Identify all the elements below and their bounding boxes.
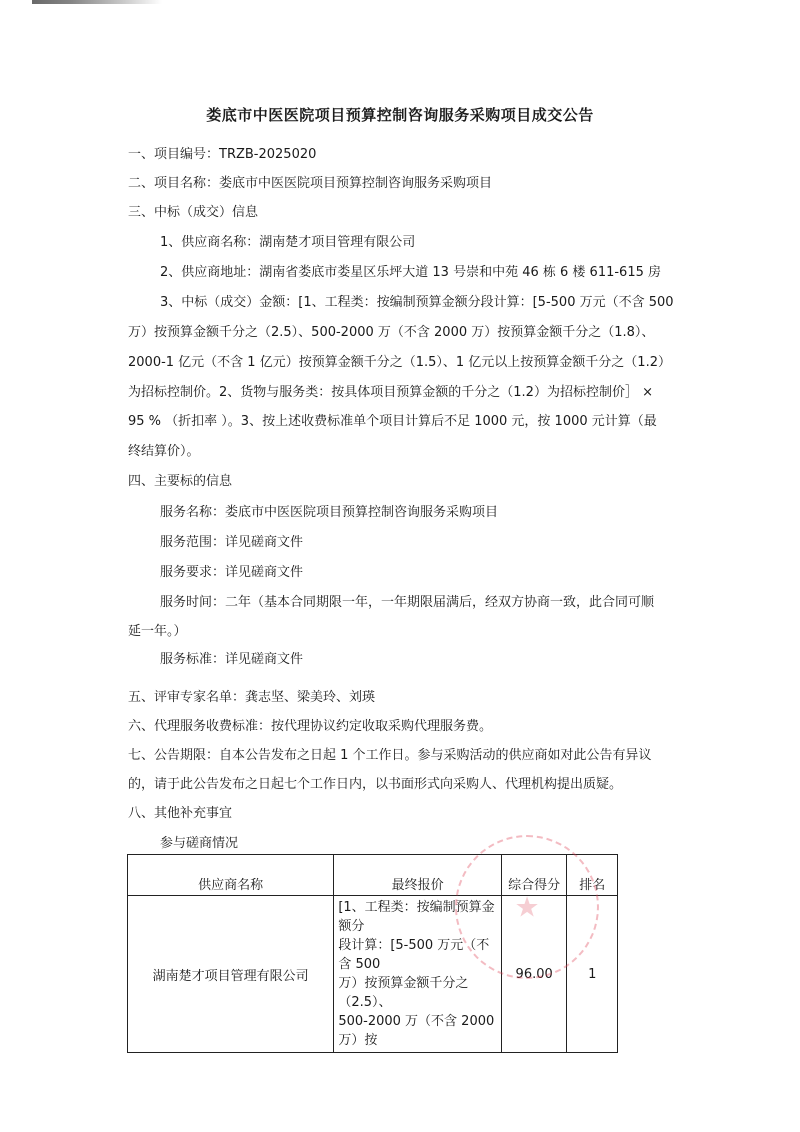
table-caption: 参与磋商情况 [160, 836, 238, 852]
cell-final-price: [1、工程类：按编制预算金额分 段计算：[5-500 万元（不含 500 万）按… [334, 896, 502, 1053]
header-rank: 排名 [567, 855, 618, 896]
service-time-line-2: 延一年。） [128, 624, 187, 640]
section-3-heading: 三、中标（成交）信息 [128, 205, 258, 221]
cell-score: 96.00 [501, 896, 567, 1053]
notice-period-line-2: 的，请于此公告发布之日起七个工作日内，以书面形式向采购人、代理机构提出质疑。 [128, 777, 622, 793]
amount-line-6: 终结算价）。 [128, 444, 200, 460]
agency-fee-standard: 六、代理服务收费标准：按代理协议约定收取采购代理服务费。 [128, 719, 492, 735]
service-scope: 服务范围：详见磋商文件 [160, 535, 303, 551]
service-time-line-1: 服务时间：二年（基本合同期限一年，一年期限届满后，经双方协商一致，此合同可顺 [160, 595, 654, 611]
amount-line-2: 万）按预算金额千分之（2.5）、500-2000 万（不含 2000 万）按预算… [128, 325, 654, 341]
notice-period-line-1: 七、公告期限：自本公告发布之日起 1 个工作日。参与采购活动的供应商如对此公告有… [128, 748, 652, 764]
project-number: 一、项目编号：TRZB-2025020 [128, 147, 316, 163]
project-name: 二、项目名称：娄底市中医医院项目预算控制咨询服务采购项目 [128, 176, 492, 192]
section-4-heading: 四、主要标的信息 [128, 474, 232, 490]
section-8-heading: 八、其他补充事宜 [128, 806, 232, 822]
scan-edge-artifact [32, 0, 162, 4]
amount-line-4: 为招标控制价。2、货物与服务类：按具体项目预算金额的千分之（1.2）为招标控制价… [128, 385, 653, 401]
table-row: 湖南楚才项目管理有限公司 [1、工程类：按编制预算金额分 段计算：[5-500 … [128, 896, 618, 1053]
cell-supplier: 湖南楚才项目管理有限公司 [128, 896, 334, 1053]
document-title: 娄底市中医医院项目预算控制咨询服务采购项目成交公告 [0, 104, 800, 125]
amount-line-5: 95 % （折扣率 ）。3、按上述收费标准单个项目计算后不足 1000 元，按 … [128, 414, 657, 430]
cell-rank: 1 [567, 896, 618, 1053]
supplier-name: 1、供应商名称：湖南楚才项目管理有限公司 [160, 235, 415, 251]
header-score: 综合得分 [501, 855, 567, 896]
amount-line-1: 3、中标（成交）金额：[1、工程类：按编制预算金额分段计算：[5-500 万元（… [160, 295, 674, 311]
header-final-price: 最终报价 [334, 855, 502, 896]
bid-results-table: 供应商名称 最终报价 综合得分 排名 湖南楚才项目管理有限公司 [1、工程类：按… [127, 854, 618, 1053]
amount-line-3: 2000-1 亿元（不含 1 亿元）按预算金额千分之（1.5）、1 亿元以上按预… [128, 355, 671, 371]
header-supplier-name: 供应商名称 [128, 855, 334, 896]
table-header-row: 供应商名称 最终报价 综合得分 排名 [128, 855, 618, 896]
supplier-address: 2、供应商地址：湖南省娄底市娄星区乐坪大道 13 号崇和中苑 46 栋 6 楼 … [160, 265, 661, 281]
price-line: 段计算：[5-500 万元（不含 500 [338, 936, 497, 974]
price-line: 500-2000 万（不含 2000 万）按 [338, 1012, 497, 1050]
service-requirements: 服务要求：详见磋商文件 [160, 565, 303, 581]
service-standard: 服务标准：详见磋商文件 [160, 652, 303, 668]
service-name: 服务名称：娄底市中医医院项目预算控制咨询服务采购项目 [160, 505, 498, 521]
price-line: [1、工程类：按编制预算金额分 [338, 898, 497, 936]
price-line: 万）按预算金额千分之（2.5）、 [338, 974, 497, 1012]
expert-list: 五、评审专家名单：龚志坚、梁美玲、刘瑛 [128, 690, 375, 706]
